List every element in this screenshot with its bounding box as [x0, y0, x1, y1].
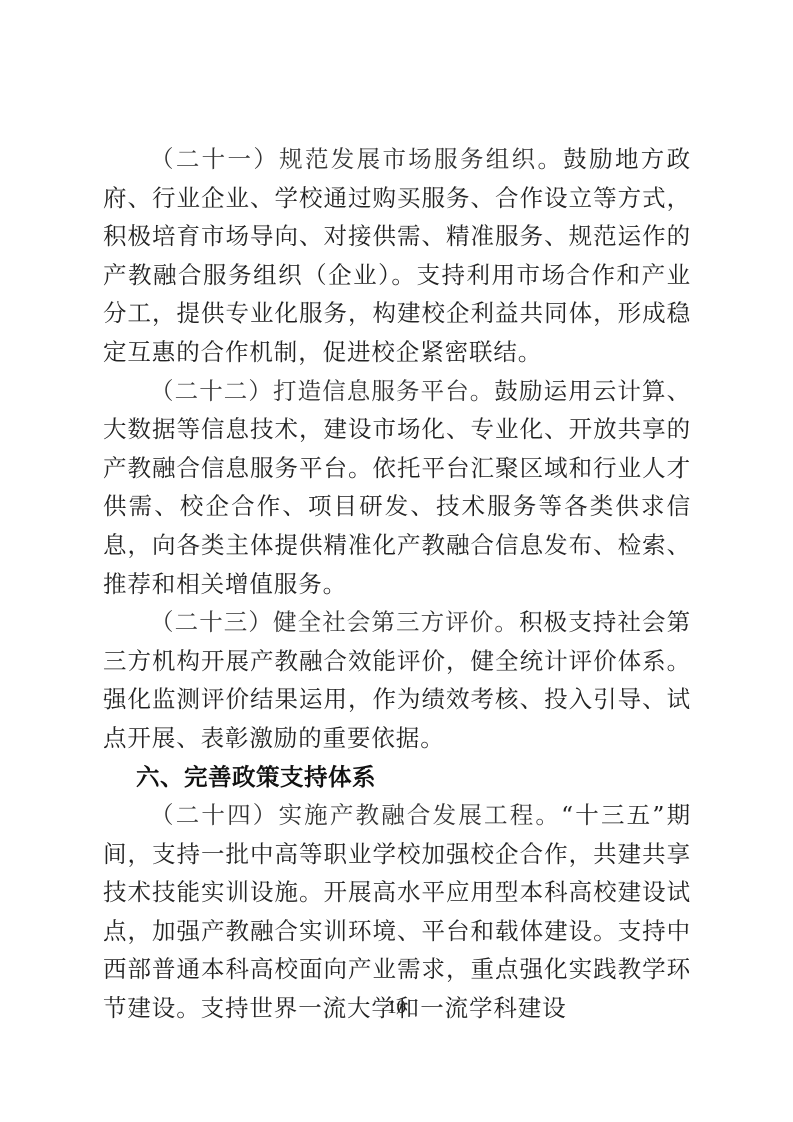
paragraph-22-title: （二十二）打造信息服务平台。 [150, 377, 494, 405]
paragraph-24: （二十四）实施产教融合发展工程。“十三五”期间，支持一批中高等职业学校加强校企合… [103, 796, 691, 1028]
document-page: （二十一）规范发展市场服务组织。鼓励地方政府、行业企业、学校通过购买服务、合作设… [103, 140, 691, 1028]
paragraph-24-body: “十三五”期间，支持一批中高等职业学校加强校企合作，共建共享技术技能实训设施。开… [103, 801, 691, 1022]
paragraph-24-title: （二十四）实施产教融合发展工程。 [150, 801, 561, 829]
page-number: 10 [0, 997, 793, 1019]
paragraph-23-title: （二十三）健全社会第三方评价。 [150, 608, 519, 636]
paragraph-21: （二十一）规范发展市场服务组织。鼓励地方政府、行业企业、学校通过购买服务、合作设… [103, 140, 691, 372]
paragraph-21-title: （二十一）规范发展市场服务组织。 [150, 145, 563, 173]
paragraph-22: （二十二）打造信息服务平台。鼓励运用云计算、大数据等信息技术，建设市场化、专业化… [103, 372, 691, 604]
paragraph-23: （二十三）健全社会第三方评价。积极支持社会第三方机构开展产教融合效能评价，健全统… [103, 603, 691, 757]
paragraph-21-body: 鼓励地方政府、行业企业、学校通过购买服务、合作设立等方式，积极培育市场导向、对接… [103, 145, 691, 366]
paragraph-22-body: 鼓励运用云计算、大数据等信息技术，建设市场化、专业化、开放共享的产教融合信息服务… [103, 377, 691, 598]
section-heading: 六、完善政策支持体系 [103, 758, 691, 797]
